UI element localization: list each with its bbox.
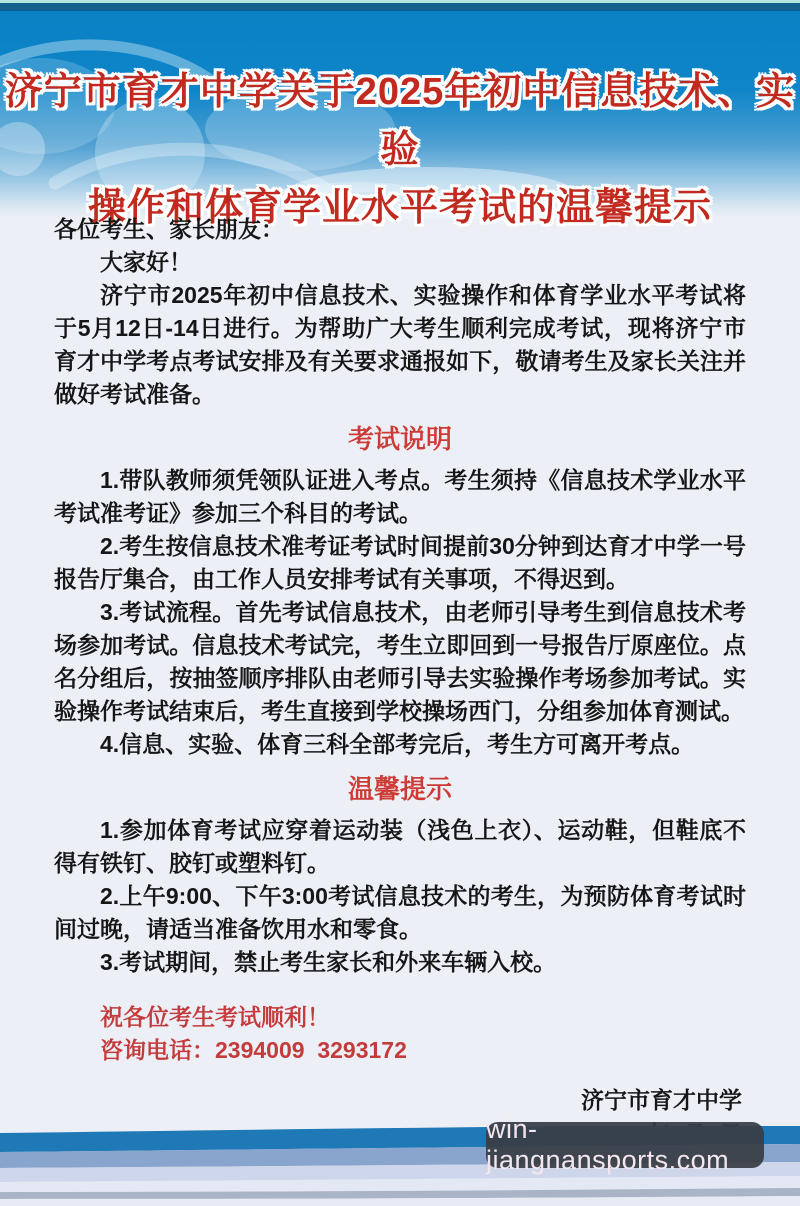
section-heading-warm-tips: 温馨提示 — [54, 773, 746, 805]
poster-title: 济宁市育才中学关于2025年初中信息技术、实验 操作和体育学业水平考试的温馨提示 — [0, 63, 800, 237]
notice-body: 各位考生、家长朋友： 大家好！ 济宁市2025年初中信息技术、实验操作和体育学业… — [54, 213, 746, 1151]
top-border-dark — [0, 3, 800, 11]
poster-title-line-1: 济宁市育才中学关于2025年初中信息技术、实验 — [0, 63, 800, 179]
exam-instruction-item-4: 4.信息、实验、体育三科全部考完后，考生方可离开考点。 — [54, 728, 746, 761]
exam-instruction-item-2: 2.考生按信息技术准考证考试时间提前30分钟到达育才中学一号报告厅集合，由工作人… — [54, 530, 746, 596]
wish-line: 祝各位考生考试顺利！ — [54, 1001, 746, 1034]
watermark-badge: win-jiangnansports.com — [486, 1122, 764, 1168]
warm-tip-item-1: 1.参加体育考试应穿着运动装（浅色上衣）、运动鞋，但鞋底不得有铁钉、胶钉或塑料钉… — [54, 814, 746, 880]
warm-tip-item-3: 3.考试期间，禁止考生家长和外来车辆入校。 — [54, 946, 746, 979]
intro-paragraph: 济宁市2025年初中信息技术、实验操作和体育学业水平考试将于5月12日-14日进… — [54, 279, 746, 411]
watermark-text: win-jiangnansports.com — [486, 1114, 764, 1176]
notice-poster: 济宁市育才中学关于2025年初中信息技术、实验 操作和体育学业水平考试的温馨提示… — [0, 0, 800, 1206]
exam-instruction-item-1: 1.带队教师须凭领队证进入考点。考生须持《信息技术学业水平考试准考证》参加三个科… — [54, 464, 746, 530]
signature-school: 济宁市育才中学 — [54, 1083, 742, 1117]
section-heading-exam-instructions: 考试说明 — [54, 423, 746, 455]
warm-tip-item-2: 2.上午9:00、下午3:00考试信息技术的考生，为预防体育考试时间过晚，请适当… — [54, 880, 746, 946]
salutation: 各位考生、家长朋友： — [54, 213, 746, 246]
phone-line: 咨询电话：2394009 3293172 — [54, 1034, 746, 1067]
greeting: 大家好！ — [54, 246, 746, 279]
exam-instruction-item-3: 3.考试流程。首先考试信息技术，由老师引导考生到信息技术考场参加考试。信息技术考… — [54, 596, 746, 728]
header-banner: 济宁市育才中学关于2025年初中信息技术、实验 操作和体育学业水平考试的温馨提示 — [0, 11, 800, 219]
